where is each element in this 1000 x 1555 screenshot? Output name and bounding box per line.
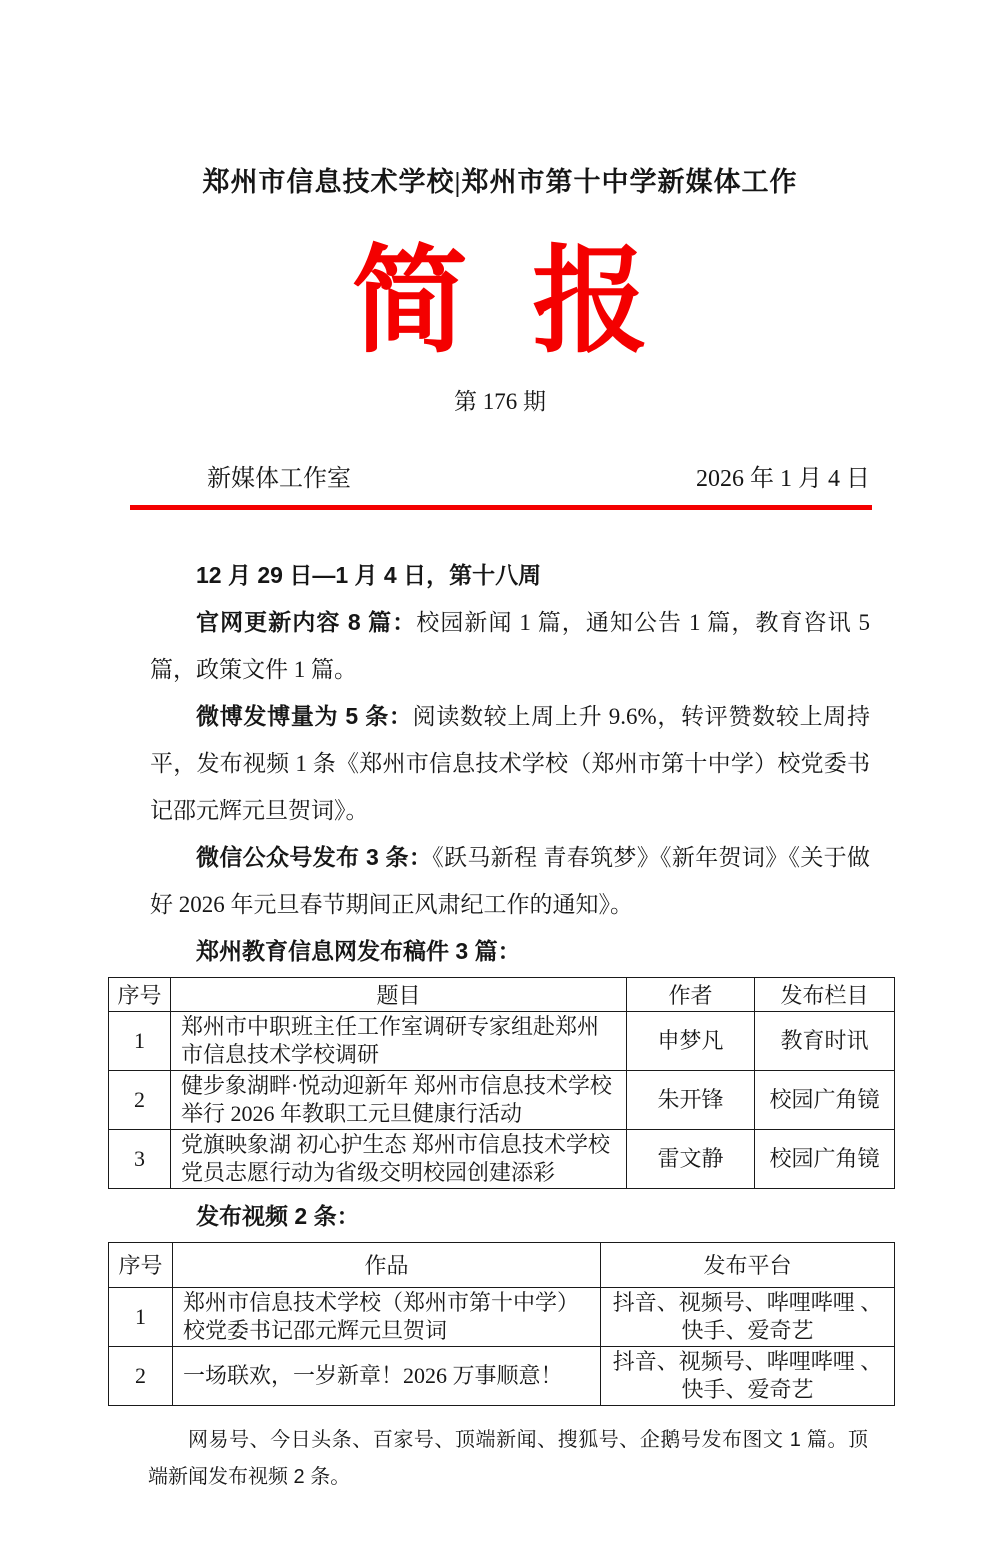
office-name: 新媒体工作室 (150, 458, 351, 493)
videos-table-heading: 发布视频 2 条： (150, 1193, 870, 1240)
title-cell: 党旗映象湖 初心护生态 郑州市信息技术学校党员志愿行动为省级交明校园创建添彩 (171, 1129, 627, 1188)
serial-cell: 2 (109, 1346, 173, 1405)
articles-row-1: 1 郑州市中职班主任工作室调研专家组赴郑州市信息技术学校调研 申梦凡 教育时讯 (109, 1011, 895, 1070)
author-cell: 申梦凡 (627, 1011, 755, 1070)
articles-header-title: 题目 (171, 977, 627, 1011)
videos-heading-wrap: 发布视频 2 条： (150, 1193, 870, 1240)
serial-cell: 3 (109, 1129, 171, 1188)
footer-note: 网易号、今日头条、百家号、顶端新闻、搜狐号、企鹅号发布图文 1 篇。顶端新闻发布… (148, 1422, 868, 1496)
byline-row: 新媒体工作室 2026 年 1 月 4 日 (150, 458, 870, 493)
column-cell: 校园广角镜 (755, 1070, 895, 1129)
articles-table: 序号 题目 作者 发布栏目 1 郑州市中职班主任工作室调研专家组赴郑州市信息技术… (108, 977, 895, 1189)
videos-row-2: 2 一场联欢，一岁新章！2026 万事顺意！ 抖音、视频号、哔哩哔哩 、快手、爱… (109, 1346, 895, 1405)
work-cell: 一场联欢，一岁新章！2026 万事顺意！ (173, 1346, 601, 1405)
articles-row-2: 2 健步象湖畔·悦动迎新年 郑州市信息技术学校举行 2026 年教职工元旦健康行… (109, 1070, 895, 1129)
serial-cell: 2 (109, 1070, 171, 1129)
masthead-title: 简 报 (0, 241, 1000, 363)
videos-table: 序号 作品 发布平台 1 郑州市信息技术学校（郑州市第十中学）校党委书记邵元辉元… (108, 1242, 895, 1406)
paragraph-website-lead: 官网更新内容 8 篇： (196, 609, 416, 635)
author-cell: 朱开锋 (627, 1070, 755, 1129)
platform-cell: 抖音、视频号、哔哩哔哩 、快手、爱奇艺 (601, 1346, 895, 1405)
articles-row-3: 3 党旗映象湖 初心护生态 郑州市信息技术学校党员志愿行动为省级交明校园创建添彩… (109, 1129, 895, 1188)
issue-number: 第 176 期 (0, 383, 1000, 416)
serial-cell: 1 (109, 1287, 173, 1346)
column-cell: 校园广角镜 (755, 1129, 895, 1188)
week-range-line: 12 月 29 日—1 月 4 日，第十八周 (150, 552, 870, 599)
org-title: 郑州市信息技术学校|郑州市第十中学新媒体工作 (0, 160, 1000, 199)
videos-header-row: 序号 作品 发布平台 (109, 1242, 895, 1287)
articles-table-wrap: 序号 题目 作者 发布栏目 1 郑州市中职班主任工作室调研专家组赴郑州市信息技术… (108, 977, 894, 1189)
paragraph-website: 官网更新内容 8 篇：校园新闻 1 篇，通知公告 1 篇，教育咨讯 5 篇，政策… (150, 599, 870, 693)
author-cell: 雷文静 (627, 1129, 755, 1188)
paragraph-wechat: 微信公众号发布 3 条：《跃马新程 青春筑梦》《新年贺词》《关于做好 2026 … (150, 834, 870, 928)
serial-cell: 1 (109, 1011, 171, 1070)
paragraph-wechat-lead: 微信公众号发布 3 条： (196, 844, 432, 870)
videos-table-wrap: 序号 作品 发布平台 1 郑州市信息技术学校（郑州市第十中学）校党委书记邵元辉元… (108, 1242, 894, 1406)
issue-date: 2026 年 1 月 4 日 (696, 458, 870, 493)
paragraph-weibo: 微博发博量为 5 条：阅读数较上周上升 9.6%，转评赞数较上周持平，发布视频 … (150, 693, 870, 834)
work-cell: 郑州市信息技术学校（郑州市第十中学）校党委书记邵元辉元旦贺词 (173, 1287, 601, 1346)
articles-header-row: 序号 题目 作者 发布栏目 (109, 977, 895, 1011)
body-text: 12 月 29 日—1 月 4 日，第十八周 官网更新内容 8 篇：校园新闻 1… (150, 552, 870, 975)
videos-header-platform: 发布平台 (601, 1242, 895, 1287)
articles-header-no: 序号 (109, 977, 171, 1011)
title-cell: 健步象湖畔·悦动迎新年 郑州市信息技术学校举行 2026 年教职工元旦健康行活动 (171, 1070, 627, 1129)
videos-header-work: 作品 (173, 1242, 601, 1287)
bulletin-page: 郑州市信息技术学校|郑州市第十中学新媒体工作 简 报 第 176 期 新媒体工作… (0, 0, 1000, 1555)
red-divider (130, 505, 872, 510)
paragraph-weibo-lead: 微博发博量为 5 条： (196, 703, 413, 729)
videos-row-1: 1 郑州市信息技术学校（郑州市第十中学）校党委书记邵元辉元旦贺词 抖音、视频号、… (109, 1287, 895, 1346)
articles-header-column: 发布栏目 (755, 977, 895, 1011)
title-cell: 郑州市中职班主任工作室调研专家组赴郑州市信息技术学校调研 (171, 1011, 627, 1070)
videos-header-no: 序号 (109, 1242, 173, 1287)
column-cell: 教育时讯 (755, 1011, 895, 1070)
articles-header-author: 作者 (627, 977, 755, 1011)
articles-table-heading: 郑州教育信息网发布稿件 3 篇： (150, 928, 870, 975)
platform-cell: 抖音、视频号、哔哩哔哩 、快手、爱奇艺 (601, 1287, 895, 1346)
